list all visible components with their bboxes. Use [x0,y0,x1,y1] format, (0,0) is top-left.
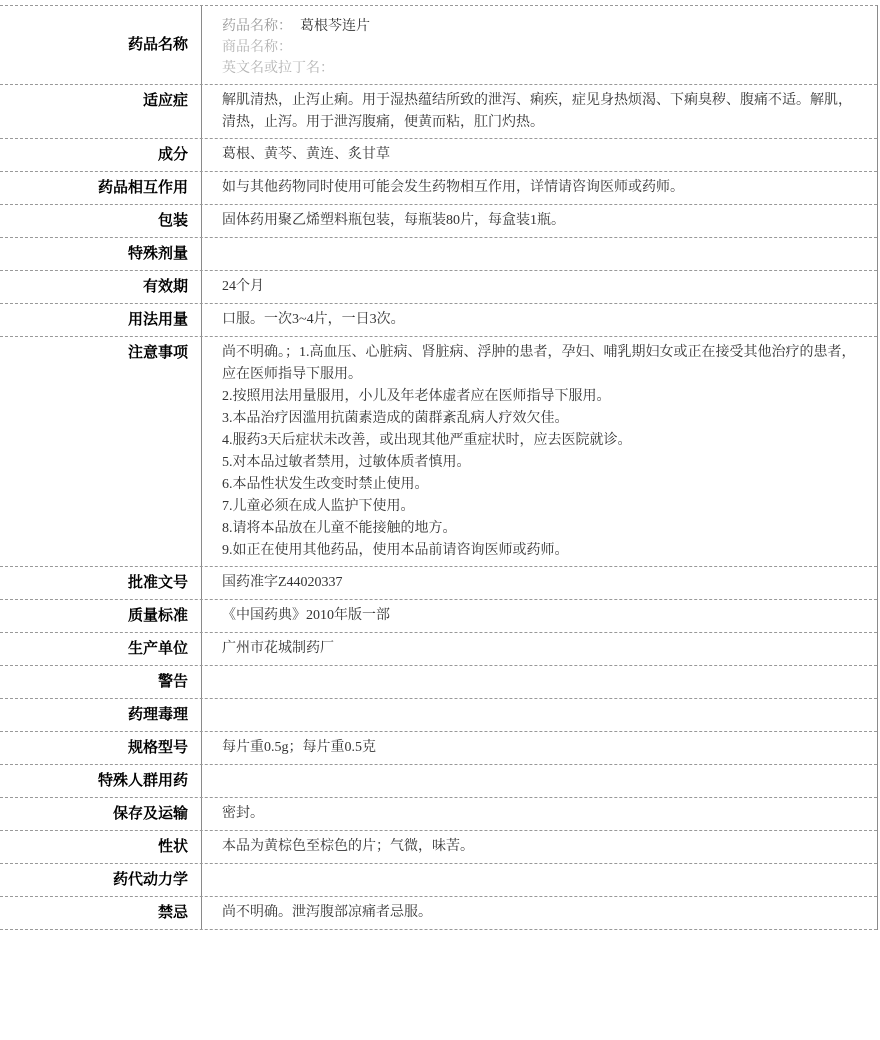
table-row-contraindications: 禁忌 尚不明确。泄泻腹部凉痛者忌服。 [0,897,877,930]
table-row-warning: 警告 [0,666,877,699]
row-content: 广州市花城制药厂 [202,633,877,665]
table-row-special-populations: 特殊人群用药 [0,765,877,798]
row-label: 成分 [0,139,202,171]
table-row-special-dosage: 特殊剂量 [0,238,877,271]
table-row-precautions: 注意事项 尚不明确。；1.高血压、心脏病、肾脏病、浮肿的患者，孕妇、哺乳期妇女或… [0,337,877,567]
table-row-storage-transport: 保存及运输 密封。 [0,798,877,831]
row-content [202,238,877,270]
table-row-quality-standard: 质量标准 《中国药典》2010年版一部 [0,600,877,633]
row-label: 有效期 [0,271,202,303]
table-row-drug-name: 药品名称 药品名称：葛根芩连片 商品名称： 英文名或拉丁名： [0,6,877,85]
row-content: 24个月 [202,271,877,303]
row-content: 药品名称：葛根芩连片 商品名称： 英文名或拉丁名： [202,6,877,84]
drug-info-table: 药品名称 药品名称：葛根芩连片 商品名称： 英文名或拉丁名： 适应症 解肌清热，… [0,5,878,930]
table-row-packaging: 包装 固体药用聚乙烯塑料瓶包装，每瓶装80片，每盒装1瓶。 [0,205,877,238]
row-content: 每片重0.5g；每片重0.5克 [202,732,877,764]
trade-name-line: 商品名称： [222,38,861,58]
row-label: 生产单位 [0,633,202,665]
row-content: 葛根、黄芩、黄连、炙甘草 [202,139,877,171]
table-row-specification: 规格型号 每片重0.5g；每片重0.5克 [0,732,877,765]
table-row-pharmacokinetics: 药代动力学 [0,864,877,897]
table-row-shelf-life: 有效期 24个月 [0,271,877,304]
drug-name-value: 葛根芩连片 [300,19,370,34]
table-row-pharmacology-toxicology: 药理毒理 [0,699,877,732]
row-label: 适应症 [0,85,202,138]
drug-info-page: 药品名称 药品名称：葛根芩连片 商品名称： 英文名或拉丁名： 适应症 解肌清热，… [0,5,880,1040]
drug-name-line: 药品名称：葛根芩连片 [222,17,861,37]
row-label: 用法用量 [0,304,202,336]
row-content: 固体药用聚乙烯塑料瓶包装，每瓶装80片，每盒装1瓶。 [202,205,877,237]
table-row-ingredients: 成分 葛根、黄芩、黄连、炙甘草 [0,139,877,172]
row-content: 尚不明确。泄泻腹部凉痛者忌服。 [202,897,877,929]
row-content: 密封。 [202,798,877,830]
row-content: 尚不明确。；1.高血压、心脏病、肾脏病、浮肿的患者，孕妇、哺乳期妇女或正在接受其… [202,337,877,566]
english-name-line: 英文名或拉丁名： [222,59,861,79]
table-row-indications: 适应症 解肌清热，止泻止痢。用于湿热蕴结所致的泄泻、痢疾，症见身热烦渴、下痢臭秽… [0,85,877,139]
row-content: 口服。一次3~4片，一日3次。 [202,304,877,336]
row-content: 本品为黄棕色至棕色的片；气微，味苦。 [202,831,877,863]
row-content: 《中国药典》2010年版一部 [202,600,877,632]
row-content: 解肌清热，止泻止痢。用于湿热蕴结所致的泄泻、痢疾，症见身热烦渴、下痢臭秽、腹痛不… [202,85,877,138]
row-label: 药理毒理 [0,699,202,731]
row-label: 药代动力学 [0,864,202,896]
row-content [202,765,877,797]
row-label: 批准文号 [0,567,202,599]
row-label: 特殊剂量 [0,238,202,270]
row-content: 如与其他药物同时使用可能会发生药物相互作用，详情请咨询医师或药师。 [202,172,877,204]
row-label: 规格型号 [0,732,202,764]
row-content [202,666,877,698]
row-label: 保存及运输 [0,798,202,830]
drug-name-key: 药品名称： [222,19,292,34]
row-label: 质量标准 [0,600,202,632]
english-name-key: 英文名或拉丁名： [222,61,334,76]
row-label: 性状 [0,831,202,863]
row-content [202,699,877,731]
row-label: 特殊人群用药 [0,765,202,797]
row-label: 禁忌 [0,897,202,929]
table-row-properties: 性状 本品为黄棕色至棕色的片；气微，味苦。 [0,831,877,864]
table-row-usage-dosage: 用法用量 口服。一次3~4片，一日3次。 [0,304,877,337]
row-content: 国药准字Z44020337 [202,567,877,599]
table-row-interactions: 药品相互作用 如与其他药物同时使用可能会发生药物相互作用，详情请咨询医师或药师。 [0,172,877,205]
row-label: 注意事项 [0,337,202,566]
row-label: 药品相互作用 [0,172,202,204]
row-label: 包装 [0,205,202,237]
row-content [202,864,877,896]
trade-name-key: 商品名称： [222,40,292,55]
table-row-manufacturer: 生产单位 广州市花城制药厂 [0,633,877,666]
row-label: 药品名称 [0,6,202,84]
table-row-approval-number: 批准文号 国药准字Z44020337 [0,567,877,600]
row-label: 警告 [0,666,202,698]
